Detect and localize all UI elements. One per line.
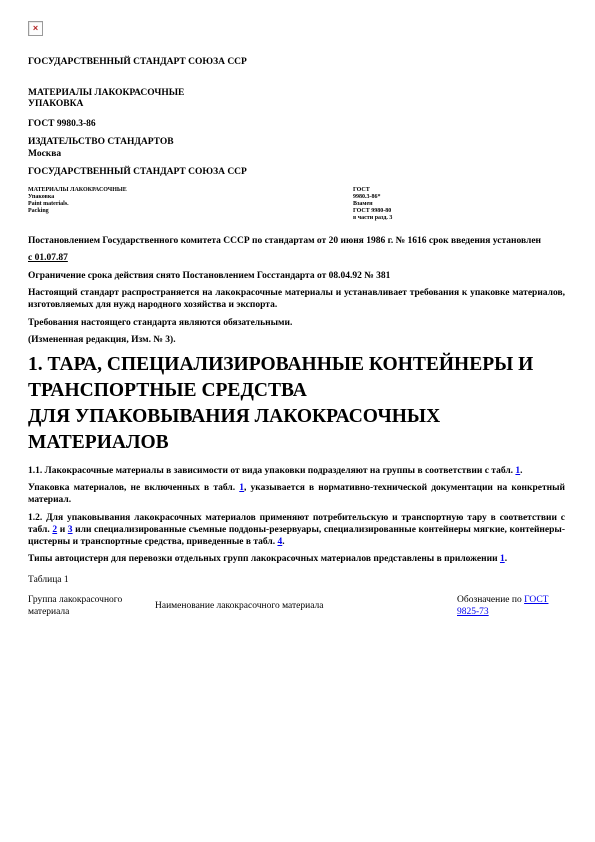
limitation-paragraph: Ограничение срока действия снято Постано… [28, 270, 565, 282]
clause-1-1: 1.1. Лакокрасочные материалы в зависимос… [28, 465, 565, 477]
section-1-heading: 1. ТАРА, СПЕЦИАЛИЗИРОВАННЫЕ КОНТЕЙНЕРЫ И… [28, 352, 565, 456]
clause-tank-trucks-text: Типы автоцистерн для перевозки отдельных… [28, 554, 500, 564]
effective-date: с 01.07.87 [28, 253, 68, 263]
title-block-left: МАТЕРИАЛЫ ЛАКОКРАСОЧНЫЕ Упаковка Paint m… [28, 187, 353, 222]
title-block-right: ГОСТ 9980.3-86* Взамен ГОСТ 9980-80 в ча… [353, 187, 392, 222]
effective-date-paragraph: с 01.07.87 [28, 252, 565, 264]
replaces-label: Взамен [353, 201, 392, 208]
document-body: Постановлением Государственного комитета… [28, 235, 565, 619]
clause-1-2: 1.2. Для упаковывания лакокрасочных мате… [28, 512, 565, 548]
table-1-caption: Таблица 1 [28, 575, 565, 585]
replaced-scope: в части разд. 3 [353, 215, 392, 222]
clause-1-1-tail: . [520, 466, 522, 476]
clause-tank-trucks-tail: . [505, 554, 507, 564]
approval-paragraph: Постановлением Государственного комитета… [28, 235, 565, 247]
table-1-header-name: Наименование лакокрасочного материала [155, 600, 457, 612]
material-title-line2: УПАКОВКА [28, 99, 565, 111]
clause-1-1-note: Упаковка материалов, не включенных в таб… [28, 482, 565, 506]
scope-paragraph: Настоящий стандарт распространяется на л… [28, 287, 565, 311]
title-block-en-title: Paint materials. [28, 201, 353, 208]
broken-image-icon: × [28, 21, 43, 36]
table-1-header-designation-text: Обозначение по [457, 595, 524, 605]
publisher-name: ИЗДАТЕЛЬСТВО СТАНДАРТОВ [28, 137, 565, 149]
title-block-en-subtitle: Packing [28, 208, 353, 215]
replaced-gost: ГОСТ 9980-80 [353, 208, 392, 215]
table-1-header-group: Группа лакокрасочного материала [28, 594, 155, 618]
standard-union-header-top: ГОСУДАРСТВЕННЫЙ СТАНДАРТ СОЮЗА ССР [28, 57, 565, 69]
document-page: × ГОСУДАРСТВЕННЫЙ СТАНДАРТ СОЮЗА ССР МАТ… [0, 0, 595, 842]
revision-note: (Измененная редакция, Изм. № 3). [28, 334, 565, 346]
title-block-material-name: МАТЕРИАЛЫ ЛАКОКРАСОЧНЫЕ [28, 187, 353, 194]
title-block-subtitle: Упаковка [28, 194, 353, 201]
publisher-city: Москва [28, 149, 565, 161]
clause-1-2-text-3: или специализированные съемные поддоны-р… [28, 525, 565, 547]
title-block: МАТЕРИАЛЫ ЛАКОКРАСОЧНЫЕ Упаковка Paint m… [28, 187, 565, 222]
standard-union-header-repeat: ГОСУДАРСТВЕННЫЙ СТАНДАРТ СОЮЗА ССР [28, 167, 565, 179]
table-1-header-row: Группа лакокрасочного материала Наименов… [28, 594, 565, 618]
gost-number: ГОСТ 9980.3-86 [28, 119, 565, 131]
material-title-line1: МАТЕРИАЛЫ ЛАКОКРАСОЧНЫЕ [28, 88, 565, 100]
gost-number-small: 9980.3-86* [353, 194, 392, 201]
clause-1-2-tail: . [282, 537, 284, 547]
section-1-heading-line1: 1. ТАРА, СПЕЦИАЛИЗИРОВАННЫЕ КОНТЕЙНЕРЫ И… [28, 354, 533, 401]
clause-tank-trucks: Типы автоцистерн для перевозки отдельных… [28, 553, 565, 565]
clause-1-2-text-2: и [57, 525, 68, 535]
table-1-header-designation: Обозначение по ГОСТ 9825-73 [457, 594, 565, 618]
clause-1-1-note-text: Упаковка материалов, не включенных в таб… [28, 483, 239, 493]
clause-1-1-text: 1.1. Лакокрасочные материалы в зависимос… [28, 466, 515, 476]
broken-image-x-icon: × [33, 24, 38, 33]
section-1-heading-line2: ДЛЯ УПАКОВЫВАНИЯ ЛАКОКРАСОЧНЫХ МАТЕРИАЛО… [28, 406, 440, 453]
mandatory-paragraph: Требования настоящего стандарта являются… [28, 317, 565, 329]
gost-label: ГОСТ [353, 187, 392, 194]
